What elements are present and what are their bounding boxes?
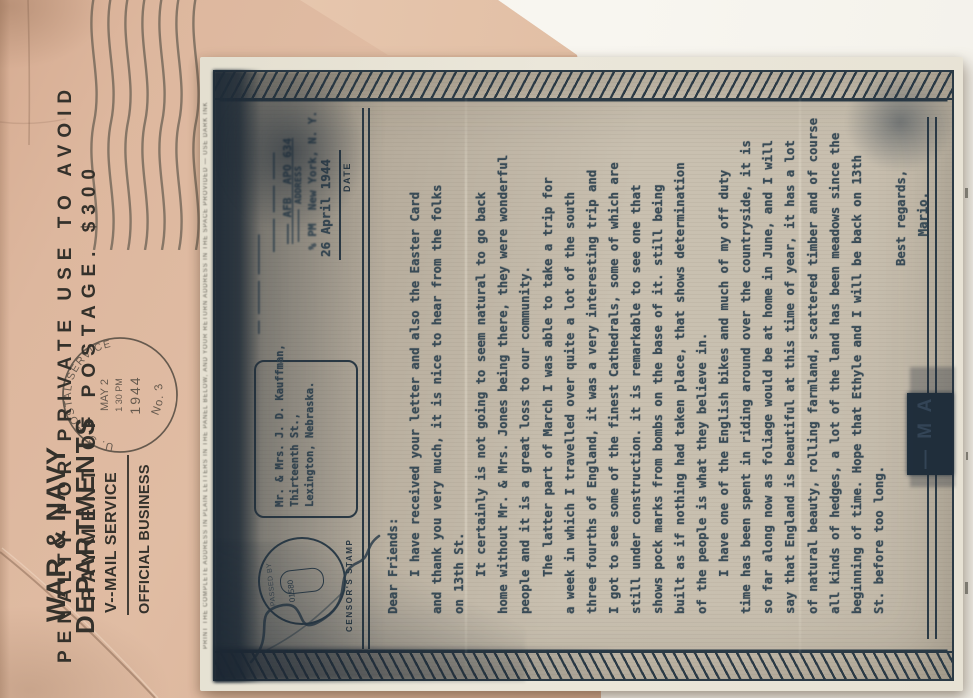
sender-line: ————— ———— ————	[268, 153, 280, 252]
body-line: three fourths of England, it was a very …	[586, 170, 599, 614]
form-instruction-text: PRINT THE COMPLETE ADDRESS IN PLAIN LETT…	[203, 102, 209, 649]
body-line: I have one of the English bikes and much…	[718, 170, 731, 614]
body-line: a week in which I travelled over quite a…	[564, 192, 577, 614]
scanned-vmail-letter-and-envelope: { "colors": { "background": "#f7f5ee", "…	[0, 0, 973, 698]
envelope-line-official-business: OFFICIAL BUSINESS	[138, 464, 153, 614]
body-line: all kinds of hedges, a lot of the land h…	[829, 133, 842, 614]
postmark-year: 1944	[127, 375, 143, 414]
postmark-time: 1 30 PM	[114, 378, 124, 412]
body-line: and thank you very much, it is nice to h…	[431, 185, 444, 614]
body-line: The latter part of March I was able to t…	[542, 177, 555, 614]
v-mail-logo-box: V — M A I L	[907, 393, 953, 475]
sender-line: ——— AFB APO 634	[282, 138, 294, 244]
penalty-notice-line: PENALTY FOR PRIVATE USE TO AVOID	[56, 83, 76, 663]
form-border-hatch-top	[215, 72, 952, 100]
censor-stamp-caption: CENSOR'S STAMP	[346, 539, 354, 633]
body-line: home without Mr. & Mrs. Jones being ther…	[497, 155, 510, 614]
body-line: St. before too long.	[873, 466, 886, 614]
date-underline	[339, 150, 341, 260]
body-line: say that England is beautiful at this ti…	[784, 140, 797, 614]
envelope-line-v-mail-service: V--MAIL SERVICE	[104, 472, 121, 613]
body-line: built as if nothing had taken place, tha…	[674, 162, 687, 614]
vmail-form: V — M A I L —— ————— ——————————— ———— ——…	[213, 70, 954, 681]
scan-speck	[965, 188, 968, 198]
postmark-cancellation-waves	[88, 0, 202, 250]
sender-line: —————— ADDRESS	[295, 166, 304, 242]
vmail-service-underline	[127, 455, 129, 615]
date-value: 26 April 1944	[319, 159, 332, 257]
body-line: so far along now as foliage would be at …	[762, 140, 775, 614]
censor-signature	[233, 502, 383, 677]
body-line: people and it is a great loss to our com…	[519, 266, 532, 614]
sender-line: —— ————— ——————	[253, 235, 265, 334]
svg-text:No. 3: No. 3	[150, 381, 166, 417]
body-line: shows pock marks from bombs on the base …	[652, 185, 665, 614]
body-line: I have received your letter and also the…	[409, 192, 422, 614]
logo-rule-2	[935, 117, 937, 393]
vmail-letter-photograph: PRINT THE COMPLETE ADDRESS IN PLAIN LETT…	[200, 57, 963, 691]
body-line: I got to see some of the finest Cathedra…	[608, 162, 621, 614]
body-line: Best regards,	[895, 170, 908, 614]
body-line: of the people is what they believe in.	[696, 333, 709, 614]
body-line: beginning of time. Hope that Ethyle and …	[851, 155, 864, 614]
body-line: It certainly is not going to seem natura…	[475, 192, 488, 614]
sender-line: % PM New York, N. Y.	[307, 111, 319, 250]
scan-speck	[966, 452, 968, 460]
recipient-address-line: Lexington, Nebraska.	[305, 382, 316, 507]
penalty-notice-line: PAYMENT OF POSTAGE. $300	[80, 162, 100, 601]
fold-crease-2	[799, 72, 801, 679]
date-label: DATE	[343, 162, 352, 192]
recipient-address-line: Thirteenth St.,	[290, 413, 301, 507]
postmark-date: MAY 2	[99, 379, 111, 411]
body-line: time has been spent in riding around ove…	[740, 140, 753, 614]
body-line: on 13th St.	[453, 533, 466, 614]
recipient-address-line: Mr. & Mrs. J. D. Kauffman,	[275, 344, 286, 507]
body-line: of natural beauty, rolling farmland, sca…	[807, 118, 820, 614]
body-line: Dear Friends:	[387, 518, 400, 614]
scan-speck	[965, 582, 968, 594]
postmark-arc-bottom: No. 3	[150, 381, 166, 417]
logo-rule-4	[935, 475, 937, 639]
body-line: still under construction. it is remarkab…	[630, 185, 643, 614]
body-line: Mario.	[917, 192, 930, 614]
